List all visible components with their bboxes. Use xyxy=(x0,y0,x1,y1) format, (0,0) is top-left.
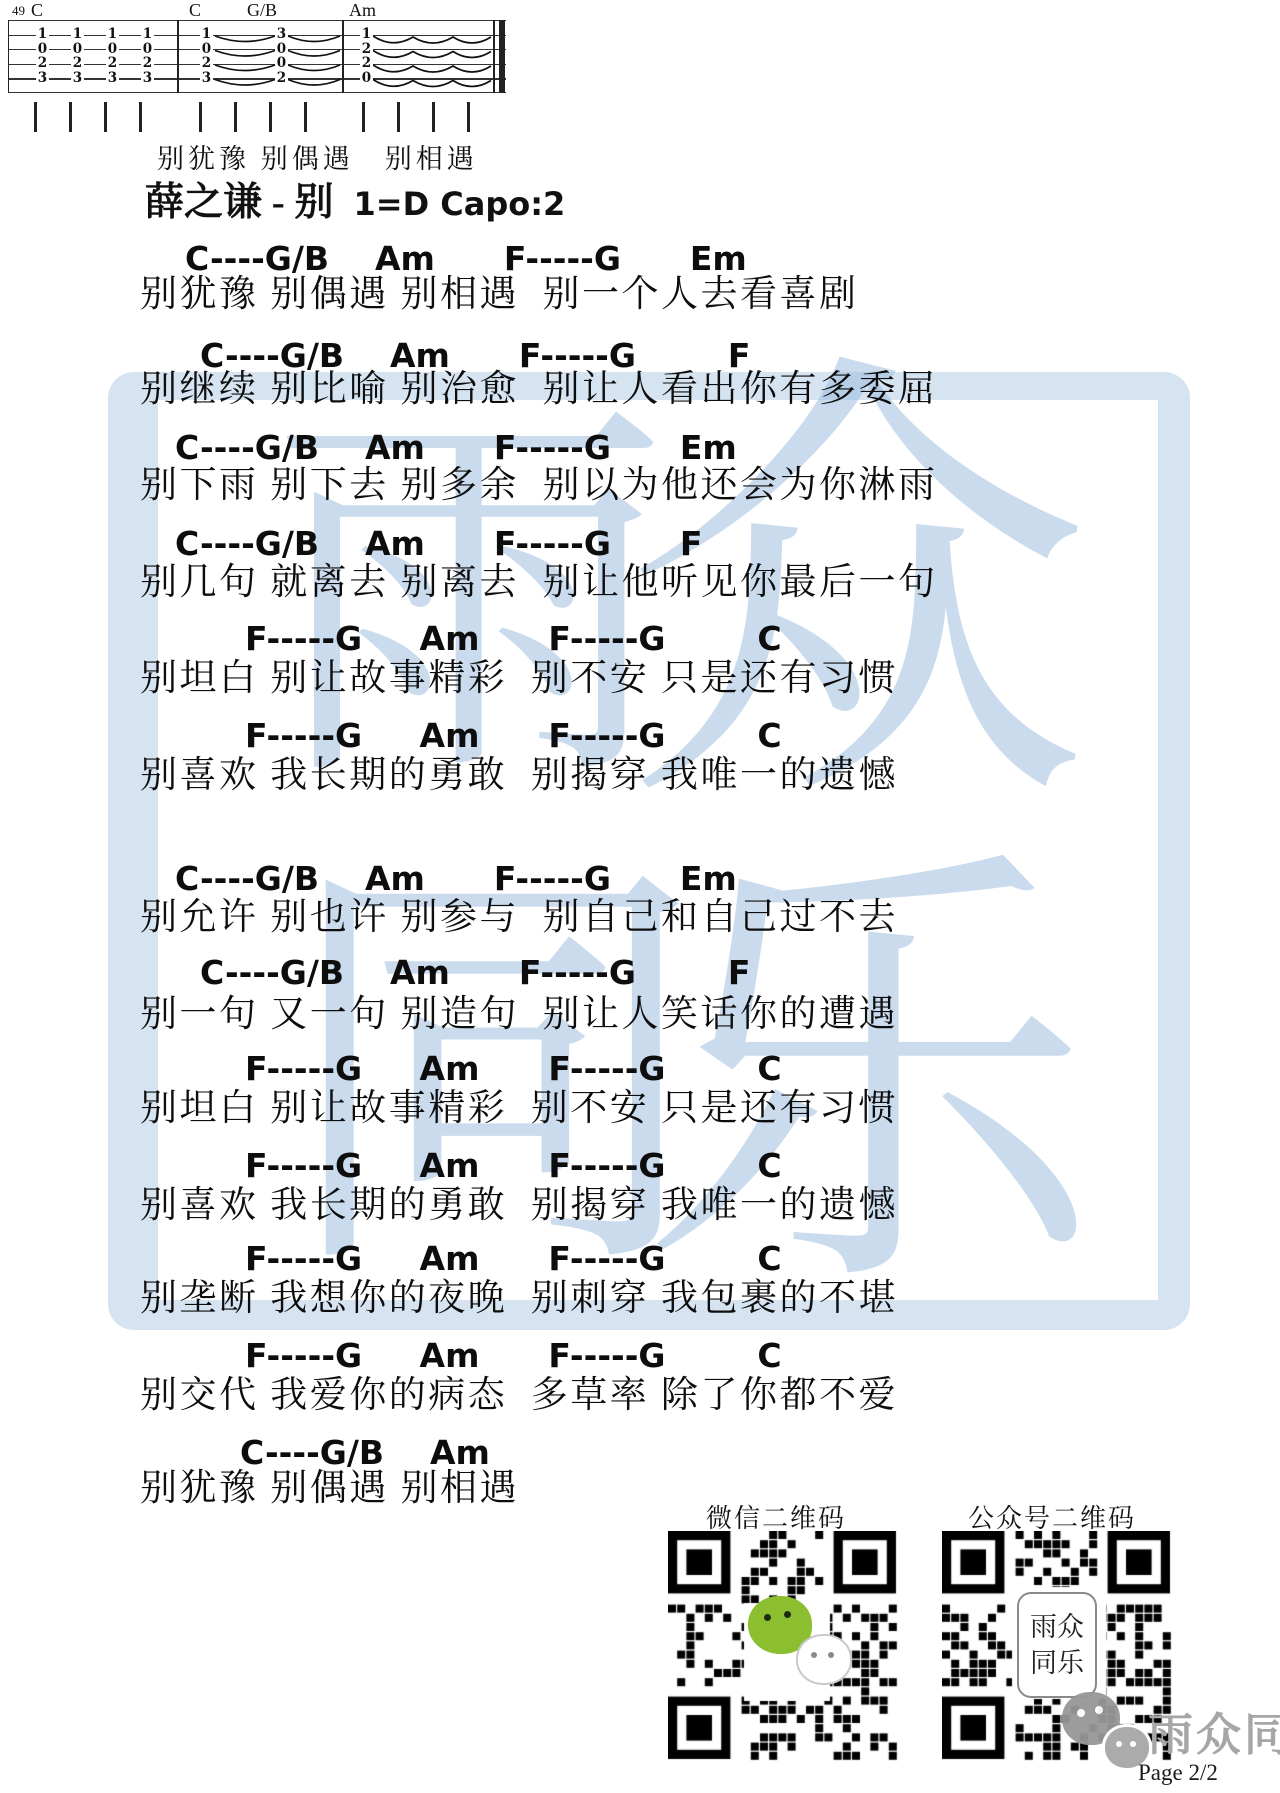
lyric-line: 别喜欢 我长期的勇敢 别揭穿 我唯一的遗憾 xyxy=(140,1187,898,1224)
beat-slash xyxy=(199,102,202,132)
tab-column: 1023 xyxy=(106,27,119,85)
chord-sheet-page: 雨 众 同 乐 49 C C G/B Am xyxy=(0,0,1280,1793)
lyric-line: 别犹豫 别偶遇 别相遇 别一个人去看喜剧 xyxy=(140,276,859,313)
lyric-line: 别继续 别比喻 别治愈 别让人看出你有多委屈 xyxy=(140,371,938,408)
page-number: Page 2/2 xyxy=(1138,1760,1218,1786)
beat-slash xyxy=(397,102,400,132)
beat-slash xyxy=(304,102,307,132)
footer-icon-eye xyxy=(1116,1741,1122,1747)
qr-center-logo: 雨众 同乐 xyxy=(1017,1592,1097,1698)
wechat-qr-label: 微信二维码 xyxy=(706,1498,846,1535)
lyric-line: 别喜欢 我长期的勇敢 别揭穿 我唯一的遗憾 xyxy=(140,757,898,794)
beat-slash xyxy=(432,102,435,132)
lyric-line: 别坦白 别让故事精彩 别不安 只是还有习惯 xyxy=(140,1090,898,1127)
beat-slash xyxy=(34,102,37,132)
rhythm-slashes xyxy=(34,102,142,132)
rhythm-slashes xyxy=(199,102,307,132)
lyric-line: 别允许 别也许 别参与 别自己和自己过不去 xyxy=(140,899,898,936)
lyric-line: 别垄断 我想你的夜晚 别刺穿 我包裹的不堪 xyxy=(140,1280,898,1317)
chord-line: F-----G Am F-----G C xyxy=(245,1149,782,1182)
song-title-text: 薛之谦 - 别 xyxy=(145,181,334,224)
beat-slash xyxy=(234,102,237,132)
chord-line: C----G/B Am F-----G Em xyxy=(175,862,737,895)
chord-line: F-----G Am F-----G C xyxy=(245,1339,782,1372)
footer-icon-eye xyxy=(1130,1741,1136,1747)
wechat-logo-eye xyxy=(828,1652,834,1658)
qr-center-text: 同乐 xyxy=(1030,1645,1084,1681)
tab-column: 1220 xyxy=(360,27,373,85)
chord-line: C----G/B Am xyxy=(240,1436,490,1469)
chord-line: F-----G Am F-----G C xyxy=(245,719,782,752)
tab-column: 1023 xyxy=(71,27,84,85)
chord-line: C----G/B Am F-----G F xyxy=(175,527,702,560)
footer-icon-eye xyxy=(1077,1709,1085,1717)
wechat-logo-eye xyxy=(811,1652,817,1658)
lyric-line: 别一句 又一句 别造句 别让人笑话你的遭遇 xyxy=(140,996,898,1033)
lyric-line: 别几句 就离去 别离去 别让他听见你最后一句 xyxy=(140,564,938,601)
tab-column: 1023 xyxy=(141,27,154,85)
beat-slash xyxy=(467,102,470,132)
tab-chord-label: C xyxy=(31,0,43,21)
measure-number: 49 xyxy=(12,3,25,19)
rhythm-slashes xyxy=(362,102,470,132)
beat-slash xyxy=(362,102,365,132)
chord-line: C----G/B Am F-----G F xyxy=(200,339,750,372)
chord-line: C----G/B Am F-----G Em xyxy=(185,242,747,275)
chord-line: C----G/B Am F-----G F xyxy=(200,956,750,989)
chord-line: C----G/B Am F-----G Em xyxy=(175,431,737,464)
lyric-line: 别犹豫 别偶遇 别相遇 xyxy=(140,1470,519,1507)
beat-slash xyxy=(69,102,72,132)
footer-icon-eye xyxy=(1095,1706,1103,1714)
beat-slash xyxy=(104,102,107,132)
chord-line: F-----G Am F-----G C xyxy=(245,622,782,655)
chord-line: F-----G Am F-----G C xyxy=(245,1052,782,1085)
lyric-line: 别交代 我爱你的病态 多草率 除了你都不爱 xyxy=(140,1377,898,1414)
guitar-tab: 1023 1023 1023 1023 1023 3002 1220 xyxy=(8,20,506,93)
tab-chord-label: G/B xyxy=(247,0,277,21)
chord-line: F-----G Am F-----G C xyxy=(245,1242,782,1275)
lyric-line: 别坦白 别让故事精彩 别不安 只是还有习惯 xyxy=(140,660,898,697)
lyric-line: 别下雨 别下去 别多余 别以为他还会为你淋雨 xyxy=(140,467,938,504)
beat-slash xyxy=(139,102,142,132)
tab-column: 1023 xyxy=(36,27,49,85)
footer-watermark-text: 雨众同乐 xyxy=(1148,1698,1280,1763)
tab-chord-label: Am xyxy=(349,0,376,21)
qr-center-text: 雨众 xyxy=(1030,1609,1084,1645)
song-key-capo: 1=D Capo:2 xyxy=(354,185,566,223)
wechat-logo-eye xyxy=(784,1611,791,1618)
wechat-logo-small-bubble xyxy=(796,1634,852,1685)
beat-slash xyxy=(269,102,272,132)
tab-column: 1023 xyxy=(200,27,213,85)
official-account-qr-label: 公众号二维码 xyxy=(968,1498,1136,1535)
song-title: 薛之谦 - 别1=D Capo:2 xyxy=(145,171,565,227)
wechat-logo-eye xyxy=(764,1614,771,1621)
tab-column: 3002 xyxy=(275,27,288,85)
tab-chord-label: C xyxy=(189,0,201,21)
